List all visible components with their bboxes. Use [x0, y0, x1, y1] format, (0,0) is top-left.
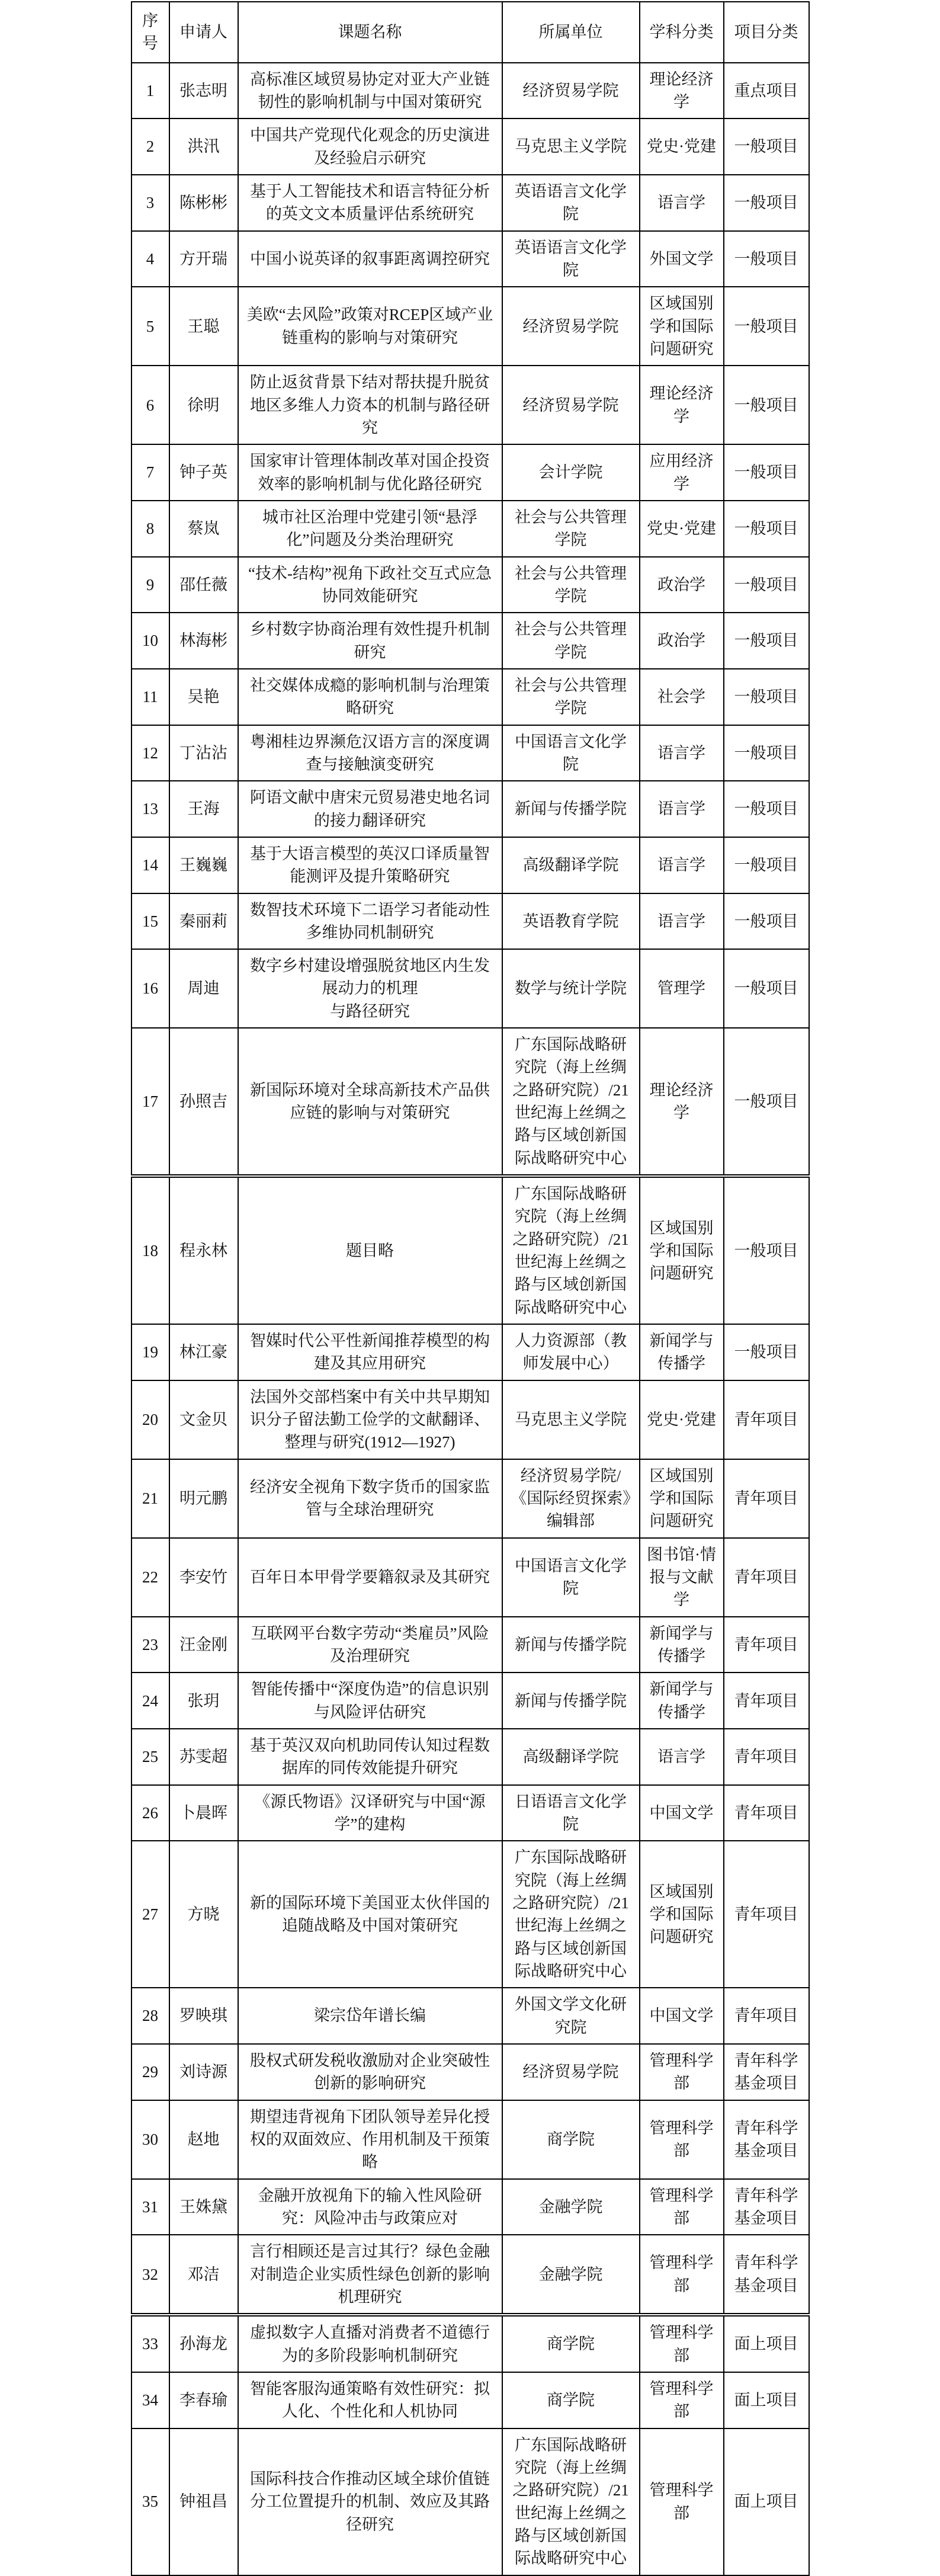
table-row: 24 张玥 智能传播中“深度伪造”的信息识别与风险评估研究 新闻与传播学院 新闻…: [131, 1673, 809, 1729]
cell-unit: 马克思主义学院: [502, 1380, 640, 1459]
cell-applicant: 刘诗源: [169, 2044, 238, 2100]
table-row: 28 罗映琪 梁宗岱年谱长编 外国文学文化研究院 中国文学 青年项目: [131, 1988, 809, 2044]
cell-applicant: 徐明: [169, 366, 238, 444]
cell-category: 一般项目: [724, 781, 809, 837]
cell-unit: 经济贸易学院/《国际经贸探索》编辑部: [502, 1459, 640, 1538]
cell-applicant: 张玥: [169, 1673, 238, 1729]
cell-title: 虚拟数字人直播对消费者不道德行为的多阶段影响机制研究: [238, 2315, 502, 2372]
cell-applicant: 洪汛: [169, 118, 238, 175]
cell-applicant: 蔡岚: [169, 501, 238, 557]
cell-discipline: 外国文学: [640, 231, 724, 287]
cell-applicant: 王聪: [169, 287, 238, 366]
cell-no: 35: [131, 2428, 169, 2575]
cell-applicant: 邵任薇: [169, 557, 238, 613]
cell-title: 阿语文献中唐宋元贸易港史地名词的接力翻译研究: [238, 781, 502, 837]
table-row: 17 孙照吉 新国际环境对全球高新技术产品供应链的影响与对策研究 广东国际战略研…: [131, 1028, 809, 1176]
cell-no: 2: [131, 118, 169, 175]
cell-applicant: 钟子英: [169, 444, 238, 501]
cell-discipline: 区域国别学和国际问题研究: [640, 1459, 724, 1538]
cell-unit: 中国语言文化学院: [502, 725, 640, 781]
cell-title: 基于英汉双向机助同传认知过程数据库的同传效能提升研究: [238, 1729, 502, 1785]
table-row: 15 秦丽莉 数智技术环境下二语学习者能动性多维协同机制研究 英语教育学院 语言…: [131, 893, 809, 950]
col-header-category: 项目分类: [724, 2, 809, 63]
cell-category: 青年科学基金项目: [724, 2179, 809, 2235]
cell-title: 中国小说英译的叙事距离调控研究: [238, 231, 502, 287]
cell-category: 青年项目: [724, 1729, 809, 1785]
table-row: 7 钟子英 国家审计管理体制改革对国企投资效率的影响机制与优化路径研究 会计学院…: [131, 444, 809, 501]
cell-applicant: 丁沾沾: [169, 725, 238, 781]
cell-applicant: 钟祖昌: [169, 2428, 238, 2575]
cell-applicant: 陈彬彬: [169, 175, 238, 231]
cell-discipline: 管理科学部: [640, 2372, 724, 2428]
cell-title: 智能客服沟通策略有效性研究：拟人化、个性化和人机协同: [238, 2372, 502, 2428]
cell-discipline: 语言学: [640, 781, 724, 837]
cell-no: 34: [131, 2372, 169, 2428]
table-row: 27 方晓 新的国际环境下美国亚太伙伴国的追随战略及中国对策研究 广东国际战略研…: [131, 1841, 809, 1988]
table-row: 35 钟祖昌 国际科技合作推动区域全球价值链分工位置提升的机制、效应及其路径研究…: [131, 2428, 809, 2575]
cell-category: 青年项目: [724, 1988, 809, 2044]
table-row: 31 王姝黛 金融开放视角下的输入性风险研究：风险冲击与政策应对 金融学院 管理…: [131, 2179, 809, 2235]
cell-no: 16: [131, 949, 169, 1028]
cell-no: 18: [131, 1176, 169, 1324]
cell-title: 股权式研发税收激励对企业突破性创新的影响研究: [238, 2044, 502, 2100]
col-header-discipline: 学科分类: [640, 2, 724, 63]
cell-category: 青年科学基金项目: [724, 2235, 809, 2315]
cell-applicant: 王姝黛: [169, 2179, 238, 2235]
cell-no: 6: [131, 366, 169, 444]
cell-no: 17: [131, 1028, 169, 1176]
cell-category: 青年项目: [724, 1380, 809, 1459]
cell-no: 15: [131, 893, 169, 950]
cell-applicant: 邓洁: [169, 2235, 238, 2315]
table-body: 1 张志明 高标准区域贸易协定对亚大产业链韧性的影响机制与中国对策研究 经济贸易…: [131, 63, 809, 2575]
cell-discipline: 应用经济学: [640, 444, 724, 501]
cell-unit: 经济贸易学院: [502, 287, 640, 366]
cell-discipline: 语言学: [640, 1729, 724, 1785]
cell-applicant: 赵地: [169, 2100, 238, 2179]
cell-discipline: 语言学: [640, 725, 724, 781]
cell-title: 基于大语言模型的英汉口译质量智能测评及提升策略研究: [238, 837, 502, 893]
cell-unit: 商学院: [502, 2372, 640, 2428]
cell-applicant: 文金贝: [169, 1380, 238, 1459]
cell-category: 一般项目: [724, 287, 809, 366]
cell-applicant: 孙照吉: [169, 1028, 238, 1176]
cell-discipline: 管理科学部: [640, 2235, 724, 2315]
cell-no: 14: [131, 837, 169, 893]
cell-category: 一般项目: [724, 444, 809, 501]
cell-category: 一般项目: [724, 725, 809, 781]
cell-category: 青年项目: [724, 1538, 809, 1617]
col-header-applicant: 申请人: [169, 2, 238, 63]
cell-no: 11: [131, 669, 169, 725]
cell-category: 青年科学基金项目: [724, 2044, 809, 2100]
cell-title: 言行相顾还是言过其行？绿色金融对制造企业实质性绿色创新的影响机理研究: [238, 2235, 502, 2315]
cell-category: 青年科学基金项目: [724, 2100, 809, 2179]
cell-applicant: 王海: [169, 781, 238, 837]
cell-title: 题目略: [238, 1176, 502, 1324]
cell-discipline: 党史·党建: [640, 118, 724, 175]
cell-title: 法国外交部档案中有关中共早期知识分子留法勤工俭学的文献翻译、整理与研究(1912…: [238, 1380, 502, 1459]
cell-no: 10: [131, 613, 169, 669]
cell-unit: 社会与公共管理学院: [502, 501, 640, 557]
cell-applicant: 方开瑞: [169, 231, 238, 287]
cell-no: 20: [131, 1380, 169, 1459]
cell-category: 青年项目: [724, 1617, 809, 1673]
cell-no: 13: [131, 781, 169, 837]
cell-discipline: 语言学: [640, 175, 724, 231]
table-row: 19 林江豪 智媒时代公平性新闻推荐模型的构建及其应用研究 人力资源部（教师发展…: [131, 1324, 809, 1380]
cell-discipline: 社会学: [640, 669, 724, 725]
cell-title: 社交媒体成瘾的影响机制与治理策略研究: [238, 669, 502, 725]
header-row: 序 号 申请人 课题名称 所属单位 学科分类 项目分类: [131, 2, 809, 63]
table-row: 33 孙海龙 虚拟数字人直播对消费者不道德行为的多阶段影响机制研究 商学院 管理…: [131, 2315, 809, 2372]
cell-applicant: 林海彬: [169, 613, 238, 669]
cell-discipline: 区域国别学和国际问题研究: [640, 1841, 724, 1988]
table-row: 13 王海 阿语文献中唐宋元贸易港史地名词的接力翻译研究 新闻与传播学院 语言学…: [131, 781, 809, 837]
cell-unit: 马克思主义学院: [502, 118, 640, 175]
cell-title: 高标准区域贸易协定对亚大产业链韧性的影响机制与中国对策研究: [238, 63, 502, 119]
cell-category: 重点项目: [724, 63, 809, 119]
cell-applicant: 孙海龙: [169, 2315, 238, 2372]
cell-category: 一般项目: [724, 501, 809, 557]
cell-discipline: 中国文学: [640, 1785, 724, 1841]
cell-unit: 商学院: [502, 2315, 640, 2372]
cell-title: 期望违背视角下团队领导差异化授权的双面效应、作用机制及干预策略: [238, 2100, 502, 2179]
cell-category: 一般项目: [724, 366, 809, 444]
cell-title: 美欧“去风险”政策对RCEP区域产业链重构的影响与对策研究: [238, 287, 502, 366]
cell-no: 19: [131, 1324, 169, 1380]
table-row: 5 王聪 美欧“去风险”政策对RCEP区域产业链重构的影响与对策研究 经济贸易学…: [131, 287, 809, 366]
cell-unit: 商学院: [502, 2100, 640, 2179]
col-header-unit: 所属单位: [502, 2, 640, 63]
cell-applicant: 周迪: [169, 949, 238, 1028]
cell-discipline: 党史·党建: [640, 1380, 724, 1459]
cell-category: 一般项目: [724, 231, 809, 287]
cell-discipline: 政治学: [640, 613, 724, 669]
cell-title: 智媒时代公平性新闻推荐模型的构建及其应用研究: [238, 1324, 502, 1380]
cell-category: 一般项目: [724, 893, 809, 950]
cell-category: 青年项目: [724, 1841, 809, 1988]
cell-title: 互联网平台数字劳动“类雇员”风险及治理研究: [238, 1617, 502, 1673]
table-row: 23 汪金刚 互联网平台数字劳动“类雇员”风险及治理研究 新闻与传播学院 新闻学…: [131, 1617, 809, 1673]
cell-discipline: 新闻学与传播学: [640, 1673, 724, 1729]
cell-category: 面上项目: [724, 2315, 809, 2372]
cell-applicant: 程永林: [169, 1176, 238, 1324]
cell-unit: 英语语言文化学院: [502, 231, 640, 287]
table-row: 16 周迪 数字乡村建设增强脱贫地区内生发展动力的机理 与路径研究 数学与统计学…: [131, 949, 809, 1028]
cell-no: 5: [131, 287, 169, 366]
cell-discipline: 语言学: [640, 893, 724, 950]
cell-unit: 金融学院: [502, 2235, 640, 2315]
cell-discipline: 管理科学部: [640, 2315, 724, 2372]
table-row: 34 李春瑜 智能客服沟通策略有效性研究：拟人化、个性化和人机协同 商学院 管理…: [131, 2372, 809, 2428]
document-page: 序 号 申请人 课题名称 所属单位 学科分类 项目分类 1 张志明 高标准区域贸…: [0, 0, 940, 2576]
cell-discipline: 新闻学与传播学: [640, 1324, 724, 1380]
cell-applicant: 明元鹏: [169, 1459, 238, 1538]
cell-category: 一般项目: [724, 175, 809, 231]
cell-unit: 英语教育学院: [502, 893, 640, 950]
cell-title: 国家审计管理体制改革对国企投资效率的影响机制与优化路径研究: [238, 444, 502, 501]
cell-unit: 新闻与传播学院: [502, 1673, 640, 1729]
cell-unit: 广东国际战略研究院（海上丝绸之路研究院）/21世纪海上丝绸之路与区域创新国际战略…: [502, 1176, 640, 1324]
cell-unit: 金融学院: [502, 2179, 640, 2235]
table-row: 26 卜晨晖 《源氏物语》汉译研究与中国“源学”的建构 日语语言文化学院 中国文…: [131, 1785, 809, 1841]
cell-unit: 英语语言文化学院: [502, 175, 640, 231]
cell-discipline: 管理科学部: [640, 2179, 724, 2235]
cell-title: 新国际环境对全球高新技术产品供应链的影响与对策研究: [238, 1028, 502, 1176]
cell-discipline: 区域国别学和国际问题研究: [640, 287, 724, 366]
table-row: 22 李安竹 百年日本甲骨学要籍叙录及其研究 中国语言文化学院 图书馆·情报与文…: [131, 1538, 809, 1617]
cell-no: 8: [131, 501, 169, 557]
cell-no: 9: [131, 557, 169, 613]
cell-title: 数字乡村建设增强脱贫地区内生发展动力的机理 与路径研究: [238, 949, 502, 1028]
cell-category: 青年项目: [724, 1785, 809, 1841]
cell-no: 21: [131, 1459, 169, 1538]
cell-applicant: 李春瑜: [169, 2372, 238, 2428]
table-header: 序 号 申请人 课题名称 所属单位 学科分类 项目分类: [131, 2, 809, 63]
cell-applicant: 王巍巍: [169, 837, 238, 893]
cell-applicant: 林江豪: [169, 1324, 238, 1380]
cell-discipline: 理论经济学: [640, 1028, 724, 1176]
table-row: 2 洪汛 中国共产党现代化观念的历史演进及经验启示研究 马克思主义学院 党史·党…: [131, 118, 809, 175]
cell-no: 26: [131, 1785, 169, 1841]
cell-no: 25: [131, 1729, 169, 1785]
cell-category: 一般项目: [724, 613, 809, 669]
cell-unit: 中国语言文化学院: [502, 1538, 640, 1617]
cell-no: 3: [131, 175, 169, 231]
table-row: 12 丁沾沾 粤湘桂边界濒危汉语方言的深度调查与接触演变研究 中国语言文化学院 …: [131, 725, 809, 781]
cell-unit: 广东国际战略研究院（海上丝绸之路研究院）/21世纪海上丝绸之路与区域创新国际战略…: [502, 2428, 640, 2575]
cell-title: 金融开放视角下的输入性风险研究：风险冲击与政策应对: [238, 2179, 502, 2235]
col-header-no: 序 号: [131, 2, 169, 63]
cell-title: 基于人工智能技术和语言特征分析的英文文本质量评估系统研究: [238, 175, 502, 231]
cell-applicant: 苏雯超: [169, 1729, 238, 1785]
cell-category: 一般项目: [724, 557, 809, 613]
cell-discipline: 语言学: [640, 837, 724, 893]
cell-title: 《源氏物语》汉译研究与中国“源学”的建构: [238, 1785, 502, 1841]
cell-discipline: 中国文学: [640, 1988, 724, 2044]
cell-discipline: 党史·党建: [640, 501, 724, 557]
cell-discipline: 理论经济学: [640, 63, 724, 119]
cell-no: 24: [131, 1673, 169, 1729]
cell-discipline: 新闻学与传播学: [640, 1617, 724, 1673]
cell-applicant: 汪金刚: [169, 1617, 238, 1673]
cell-unit: 新闻与传播学院: [502, 1617, 640, 1673]
cell-category: 一般项目: [724, 1324, 809, 1380]
table-row: 25 苏雯超 基于英汉双向机助同传认知过程数据库的同传效能提升研究 高级翻译学院…: [131, 1729, 809, 1785]
table-row: 3 陈彬彬 基于人工智能技术和语言特征分析的英文文本质量评估系统研究 英语语言文…: [131, 175, 809, 231]
cell-no: 7: [131, 444, 169, 501]
cell-discipline: 图书馆·情报与文献学: [640, 1538, 724, 1617]
cell-no: 23: [131, 1617, 169, 1673]
cell-discipline: 管理科学部: [640, 2044, 724, 2100]
cell-discipline: 区域国别学和国际问题研究: [640, 1176, 724, 1324]
cell-unit: 经济贸易学院: [502, 63, 640, 119]
cell-applicant: 罗映琪: [169, 1988, 238, 2044]
cell-applicant: 张志明: [169, 63, 238, 119]
table-row: 21 明元鹏 经济安全视角下数字货币的国家监管与全球治理研究 经济贸易学院/《国…: [131, 1459, 809, 1538]
cell-category: 一般项目: [724, 1176, 809, 1324]
cell-applicant: 吴艳: [169, 669, 238, 725]
table-row: 9 邵任薇 “技术-结构”视角下政社交互式应急协同效能研究 社会与公共管理学院 …: [131, 557, 809, 613]
cell-applicant: 方晓: [169, 1841, 238, 1988]
cell-unit: 高级翻译学院: [502, 1729, 640, 1785]
cell-discipline: 管理科学部: [640, 2428, 724, 2575]
table-row: 32 邓洁 言行相顾还是言过其行？绿色金融对制造企业实质性绿色创新的影响机理研究…: [131, 2235, 809, 2315]
cell-title: 百年日本甲骨学要籍叙录及其研究: [238, 1538, 502, 1617]
cell-title: 中国共产党现代化观念的历史演进及经验启示研究: [238, 118, 502, 175]
cell-discipline: 管理学: [640, 949, 724, 1028]
table-row: 8 蔡岚 城市社区治理中党建引领“悬浮化”问题及分类治理研究 社会与公共管理学院…: [131, 501, 809, 557]
table-row: 30 赵地 期望违背视角下团队领导差异化授权的双面效应、作用机制及干预策略 商学…: [131, 2100, 809, 2179]
cell-applicant: 李安竹: [169, 1538, 238, 1617]
cell-applicant: 秦丽莉: [169, 893, 238, 950]
cell-discipline: 政治学: [640, 557, 724, 613]
table-row: 4 方开瑞 中国小说英译的叙事距离调控研究 英语语言文化学院 外国文学 一般项目: [131, 231, 809, 287]
table-row: 14 王巍巍 基于大语言模型的英汉口译质量智能测评及提升策略研究 高级翻译学院 …: [131, 837, 809, 893]
table-row: 6 徐明 防止返贫背景下结对帮扶提升脱贫地区多维人力资本的机制与路径研究 经济贸…: [131, 366, 809, 444]
cell-category: 一般项目: [724, 837, 809, 893]
cell-category: 青年项目: [724, 1459, 809, 1538]
cell-no: 32: [131, 2235, 169, 2315]
projects-table: 序 号 申请人 课题名称 所属单位 学科分类 项目分类 1 张志明 高标准区域贸…: [131, 1, 810, 2576]
cell-unit: 社会与公共管理学院: [502, 557, 640, 613]
cell-title: 城市社区治理中党建引领“悬浮化”问题及分类治理研究: [238, 501, 502, 557]
cell-applicant: 卜晨晖: [169, 1785, 238, 1841]
cell-category: 一般项目: [724, 118, 809, 175]
cell-no: 1: [131, 63, 169, 119]
cell-no: 27: [131, 1841, 169, 1988]
cell-unit: 经济贸易学院: [502, 366, 640, 444]
table-row: 18 程永林 题目略 广东国际战略研究院（海上丝绸之路研究院）/21世纪海上丝绸…: [131, 1176, 809, 1324]
cell-unit: 广东国际战略研究院（海上丝绸之路研究院）/21世纪海上丝绸之路与区域创新国际战略…: [502, 1028, 640, 1176]
cell-unit: 社会与公共管理学院: [502, 669, 640, 725]
cell-category: 面上项目: [724, 2372, 809, 2428]
cell-discipline: 管理科学部: [640, 2100, 724, 2179]
cell-no: 12: [131, 725, 169, 781]
cell-unit: 数学与统计学院: [502, 949, 640, 1028]
cell-unit: 外国文学文化研究院: [502, 1988, 640, 2044]
cell-no: 29: [131, 2044, 169, 2100]
cell-category: 一般项目: [724, 669, 809, 725]
cell-no: 31: [131, 2179, 169, 2235]
cell-title: 乡村数字协商治理有效性提升机制研究: [238, 613, 502, 669]
cell-unit: 广东国际战略研究院（海上丝绸之路研究院）/21世纪海上丝绸之路与区域创新国际战略…: [502, 1841, 640, 1988]
cell-category: 青年项目: [724, 1673, 809, 1729]
cell-category: 面上项目: [724, 2428, 809, 2575]
table-row: 29 刘诗源 股权式研发税收激励对企业突破性创新的影响研究 经济贸易学院 管理科…: [131, 2044, 809, 2100]
cell-no: 22: [131, 1538, 169, 1617]
cell-unit: 社会与公共管理学院: [502, 613, 640, 669]
cell-title: 智能传播中“深度伪造”的信息识别与风险评估研究: [238, 1673, 502, 1729]
cell-no: 30: [131, 2100, 169, 2179]
cell-unit: 会计学院: [502, 444, 640, 501]
cell-title: 梁宗岱年谱长编: [238, 1988, 502, 2044]
cell-discipline: 理论经济学: [640, 366, 724, 444]
cell-title: 数智技术环境下二语学习者能动性多维协同机制研究: [238, 893, 502, 950]
cell-title: 国际科技合作推动区域全球价值链分工位置提升的机制、效应及其路径研究: [238, 2428, 502, 2575]
cell-no: 28: [131, 1988, 169, 2044]
cell-category: 一般项目: [724, 949, 809, 1028]
cell-no: 33: [131, 2315, 169, 2372]
table-row: 10 林海彬 乡村数字协商治理有效性提升机制研究 社会与公共管理学院 政治学 一…: [131, 613, 809, 669]
table-row: 20 文金贝 法国外交部档案中有关中共早期知识分子留法勤工俭学的文献翻译、整理与…: [131, 1380, 809, 1459]
cell-unit: 日语语言文化学院: [502, 1785, 640, 1841]
table-row: 11 吴艳 社交媒体成瘾的影响机制与治理策略研究 社会与公共管理学院 社会学 一…: [131, 669, 809, 725]
cell-title: 经济安全视角下数字货币的国家监管与全球治理研究: [238, 1459, 502, 1538]
cell-title: 防止返贫背景下结对帮扶提升脱贫地区多维人力资本的机制与路径研究: [238, 366, 502, 444]
cell-unit: 人力资源部（教师发展中心）: [502, 1324, 640, 1380]
cell-no: 4: [131, 231, 169, 287]
cell-unit: 新闻与传播学院: [502, 781, 640, 837]
cell-title: “技术-结构”视角下政社交互式应急协同效能研究: [238, 557, 502, 613]
cell-category: 一般项目: [724, 1028, 809, 1176]
cell-unit: 经济贸易学院: [502, 2044, 640, 2100]
cell-unit: 高级翻译学院: [502, 837, 640, 893]
cell-title: 粤湘桂边界濒危汉语方言的深度调查与接触演变研究: [238, 725, 502, 781]
col-header-title: 课题名称: [238, 2, 502, 63]
table-row: 1 张志明 高标准区域贸易协定对亚大产业链韧性的影响机制与中国对策研究 经济贸易…: [131, 63, 809, 119]
cell-title: 新的国际环境下美国亚太伙伴国的追随战略及中国对策研究: [238, 1841, 502, 1988]
